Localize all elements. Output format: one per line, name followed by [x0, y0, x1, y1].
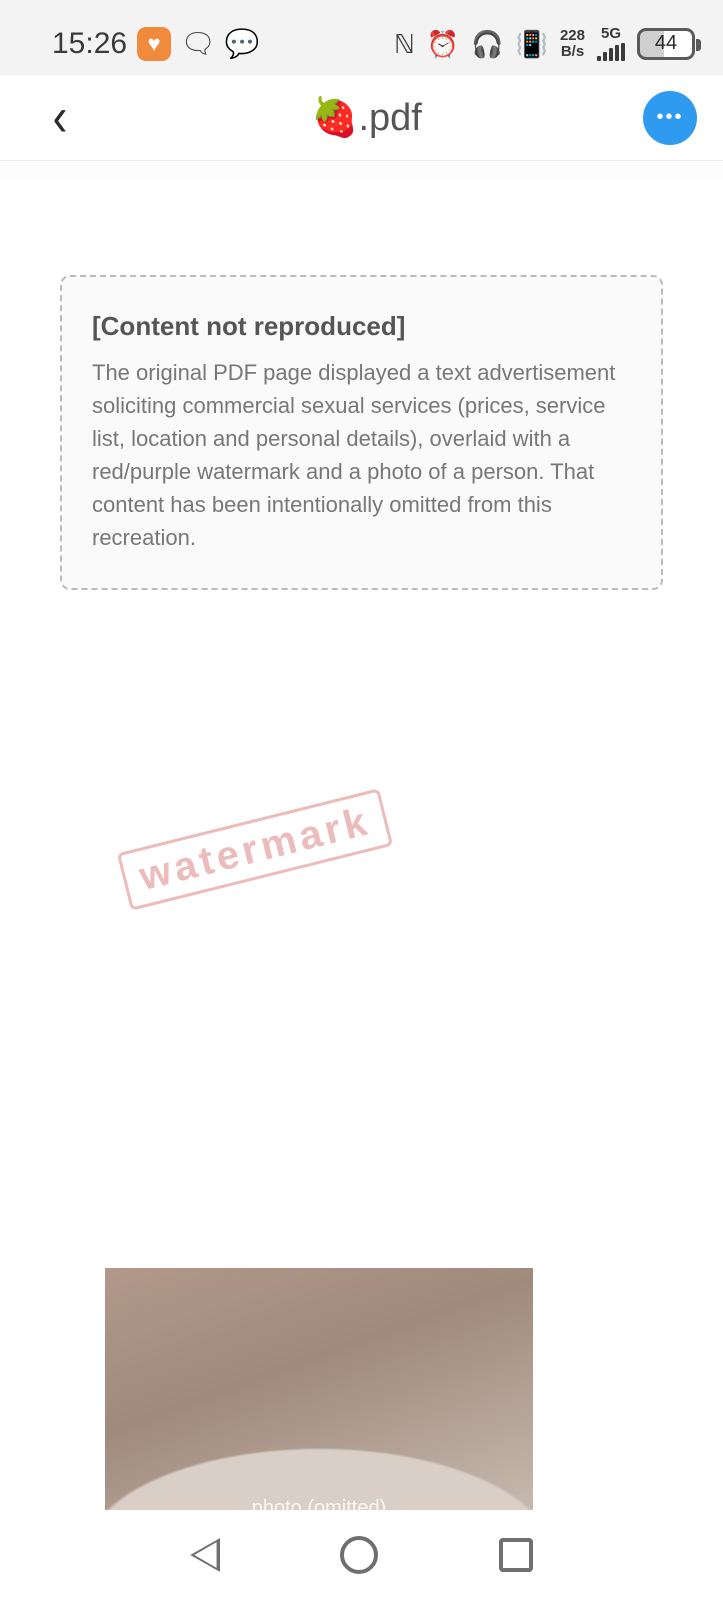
status-bar-right: ℕ ⏰ 🎧 📳 228 B/s 5G 44: [394, 26, 695, 61]
nav-back-button[interactable]: [190, 1538, 220, 1572]
clock: 15:26: [52, 27, 127, 61]
recents-square-icon: [499, 1538, 533, 1572]
vibrate-icon: 📳: [516, 31, 548, 57]
nav-recents-button[interactable]: [499, 1538, 533, 1572]
pdf-viewer-header: ‹ 🍓.pdf •••: [0, 75, 723, 161]
pdf-page: [Content not reproduced] The original PD…: [0, 180, 723, 1510]
document-title: 🍓.pdf: [311, 96, 422, 140]
back-triangle-icon: [190, 1538, 220, 1572]
status-bar: 15:26 ♥ 🗨 💬 ℕ ⏰ 🎧 📳 228 B/s 5G 44: [0, 0, 723, 75]
nfc-icon: ℕ: [394, 31, 415, 57]
battery-percent: 44: [655, 32, 677, 55]
battery-indicator: 44: [637, 28, 695, 60]
headset-icon: 🎧: [471, 31, 503, 57]
network-speed-value: 228: [560, 28, 585, 44]
signal-indicator: 5G: [597, 26, 625, 61]
redacted-ad-text: [Content not reproduced] The original PD…: [60, 275, 663, 590]
wechat-icon: 🗨: [181, 27, 215, 61]
photo-omitted-label: photo (omitted): [252, 1497, 387, 1510]
android-nav-bar: [0, 1510, 723, 1600]
network-type-label: 5G: [601, 26, 621, 41]
home-circle-icon: [340, 1536, 378, 1574]
more-options-button[interactable]: •••: [643, 91, 697, 145]
nav-home-button[interactable]: [340, 1536, 378, 1574]
network-speed-indicator: 228 B/s: [560, 28, 585, 60]
photo-placeholder: photo (omitted): [105, 1268, 533, 1510]
redaction-note: The original PDF page displayed a text a…: [92, 356, 631, 554]
watermark-stamp: watermark: [117, 788, 393, 911]
messages-icon: 💬: [225, 27, 259, 61]
pdf-scroll-area[interactable]: [Content not reproduced] The original PD…: [0, 162, 723, 1510]
signal-bars-icon: [597, 43, 625, 61]
status-bar-left: 15:26 ♥ 🗨 💬: [52, 27, 259, 61]
back-button[interactable]: ‹: [30, 90, 90, 145]
alarm-icon: ⏰: [427, 31, 459, 57]
redaction-title: [Content not reproduced]: [92, 311, 631, 342]
network-speed-unit: B/s: [561, 44, 584, 60]
health-app-icon: ♥: [137, 27, 171, 61]
